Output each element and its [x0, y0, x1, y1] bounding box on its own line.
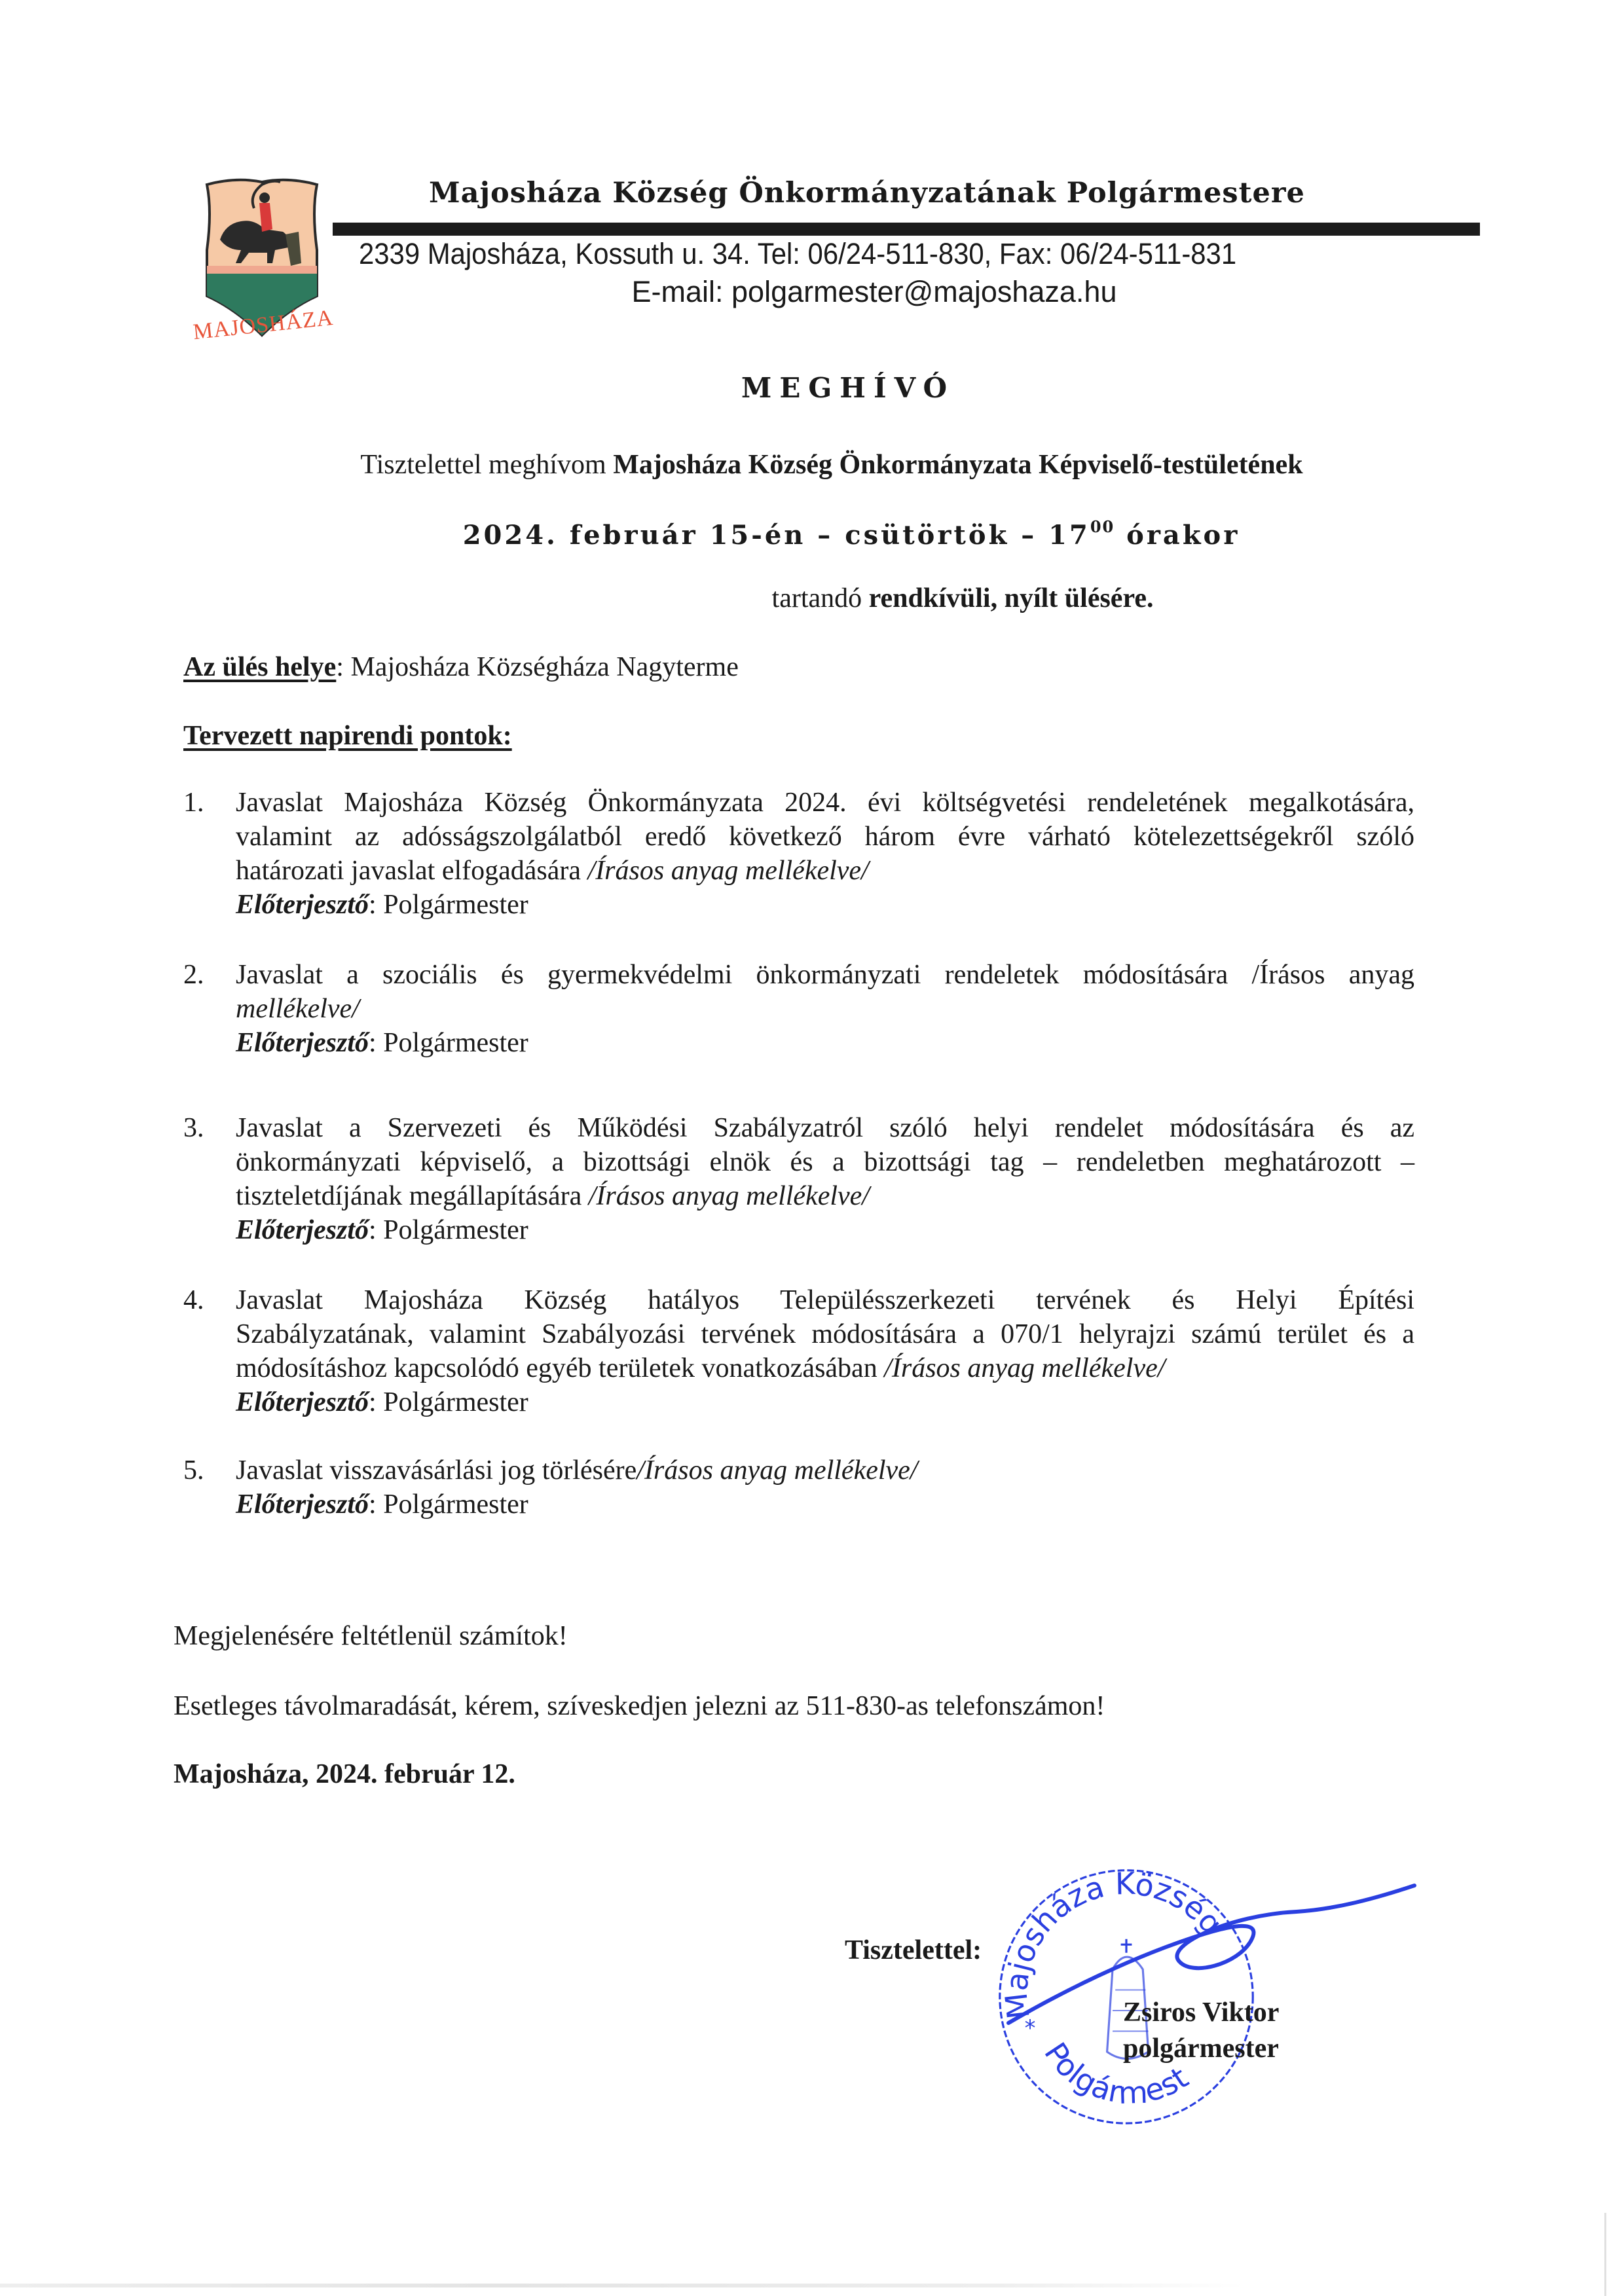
presenter-separator: :: [369, 1215, 383, 1245]
agenda-item-last-line: határozati javaslat elfogadására /Írásos…: [236, 854, 1414, 888]
agenda-item-number: 1.: [183, 786, 204, 820]
presenter-separator: :: [369, 1489, 383, 1520]
presenter-separator: :: [369, 890, 383, 920]
presenter-separator: :: [369, 1387, 383, 1417]
meeting-time-suffix: órakor: [1115, 520, 1240, 551]
agenda-item-line: önkormányzati képviselő, a bizottsági el…: [236, 1145, 1414, 1179]
presenter-label: Előterjesztő: [236, 1215, 369, 1245]
meeting-place: Az ülés helye: Majosháza Községháza Nagy…: [183, 651, 739, 683]
agenda-item-line: Javaslat Majosháza Község hatályos Telep…: [236, 1283, 1414, 1317]
meeting-place-label: Az ülés helye: [183, 652, 336, 682]
agenda-item-line: Javaslat a szociális és gyermekvédelmi ö…: [236, 958, 1414, 992]
agenda-item-last-line: Javaslat visszavásárlási jog törlésére/Í…: [236, 1453, 1414, 1487]
presenter-name: Polgármester: [383, 1387, 528, 1417]
agenda-item: 1.Javaslat Majosháza Község Önkormányzat…: [183, 786, 1414, 922]
agenda-item: 4.Javaslat Majosháza Község hatályos Tel…: [183, 1283, 1414, 1419]
agenda-item-presenter: Előterjesztő: Polgármester: [236, 1026, 1414, 1060]
scan-edge-bottom: [0, 2284, 1244, 2287]
header-divider: [333, 223, 1480, 236]
presenter-name: Polgármester: [383, 1215, 528, 1245]
agenda-item-presenter: Előterjesztő: Polgármester: [236, 1385, 1414, 1419]
presenter-label: Előterjesztő: [236, 890, 369, 920]
attachment-note: /Írásos anyag mellékelve/: [884, 1353, 1165, 1383]
invitation-intro-plain: Tisztelettel meghívom: [360, 450, 613, 480]
agenda-item-number: 4.: [183, 1283, 204, 1317]
agenda-item-text-end: Javaslat visszavásárlási jog törlésére: [236, 1455, 637, 1485]
agenda-item-text: Javaslat Majosháza Község hatályos Telep…: [236, 1283, 1414, 1419]
presenter-name: Polgármester: [383, 1028, 528, 1058]
meeting-date: 2024. február 15-én – csütörtök – 17: [463, 520, 1090, 551]
attachment-note: /Írásos anyag mellékelve/: [637, 1455, 917, 1485]
place-and-date: Majosháza, 2024. február 12.: [174, 1758, 515, 1790]
presenter-label: Előterjesztő: [236, 1489, 369, 1520]
meeting-type-plain: tartandó: [772, 583, 869, 613]
agenda-item-number: 5.: [183, 1453, 204, 1487]
agenda-item: 2.Javaslat a szociális és gyermekvédelmi…: [183, 958, 1414, 1060]
presenter-label: Előterjesztő: [236, 1387, 369, 1417]
document-page: MAJOSHÁZA Majosháza Község Önkormányzatá…: [0, 0, 1624, 2296]
agenda-item-line: Javaslat a Szervezeti és Működési Szabál…: [236, 1111, 1414, 1145]
agenda-item-text: Javaslat Majosháza Község Önkormányzata …: [236, 786, 1414, 922]
agenda-item-last-line: tiszteletdíjának megállapítására /Írásos…: [236, 1179, 1414, 1213]
attachment-note: /Írásos anyag mellékelve/: [589, 1181, 870, 1211]
agenda-item-number: 2.: [183, 958, 204, 992]
agenda-item-line: Szabályzatának, valamint Szabályozási te…: [236, 1317, 1414, 1351]
invitation-intro: Tisztelettel meghívom Majosháza Község Ö…: [0, 449, 1624, 481]
agenda-heading: Tervezett napirendi pontok:: [183, 720, 512, 752]
organization-title: Majosháza Község Önkormányzatának Polgár…: [429, 177, 1305, 210]
contact-email: E-mail: polgarmester@majoshaza.hu: [0, 275, 1624, 309]
presenter-separator: :: [369, 1028, 383, 1058]
meeting-type-bold: rendkívüli, nyílt ülésére.: [869, 583, 1154, 613]
presenter-name: Polgármester: [383, 1489, 528, 1520]
document-title: MEGHÍVÓ: [0, 372, 1624, 404]
closing-line-1: Megjelenésére feltétlenül számítok!: [174, 1620, 568, 1652]
agenda-item-last-line: mellékelve/: [236, 992, 1414, 1026]
agenda-item-text-end: határozati javaslat elfogadására: [236, 856, 588, 886]
agenda-item-presenter: Előterjesztő: Polgármester: [236, 1213, 1414, 1247]
contact-address: 2339 Majosháza, Kossuth u. 34. Tel: 06/2…: [359, 237, 1236, 271]
agenda-item: 3.Javaslat a Szervezeti és Működési Szab…: [183, 1111, 1414, 1247]
meeting-minutes: 00: [1090, 517, 1115, 536]
meeting-type: tartandó rendkívüli, nyílt ülésére.: [0, 583, 1624, 614]
presenter-label: Előterjesztő: [236, 1028, 369, 1058]
presenter-name: Polgármester: [383, 890, 528, 920]
signer-title: polgármester: [1123, 2033, 1279, 2064]
agenda-item-number: 3.: [183, 1111, 204, 1145]
attachment-note: mellékelve/: [236, 994, 360, 1024]
agenda-item-line: valamint az adósságszolgálatból eredő kö…: [236, 820, 1414, 854]
agenda-item-last-line: módosításhoz kapcsolódó egyéb területek …: [236, 1351, 1414, 1385]
agenda-item-text: Javaslat a Szervezeti és Működési Szabál…: [236, 1111, 1414, 1247]
signer-name: Zsiros Viktor: [1123, 1997, 1279, 2028]
agenda-item: 5.Javaslat visszavásárlási jog törlésére…: [183, 1453, 1414, 1522]
closing-line-2: Esetleges távolmaradását, kérem, szívesk…: [174, 1690, 1105, 1722]
meeting-datetime: 2024. február 15-én – csütörtök – 1700 ó…: [0, 517, 1624, 551]
agenda-item-text: Javaslat visszavásárlási jog törlésére/Í…: [236, 1453, 1414, 1522]
scan-edge-right: [1604, 2213, 1606, 2296]
agenda-item-line: Javaslat Majosháza Község Önkormányzata …: [236, 786, 1414, 820]
agenda-item-text-end: módosításhoz kapcsolódó egyéb területek …: [236, 1353, 884, 1383]
agenda-item-text-end: tiszteletdíjának megállapítására: [236, 1181, 589, 1211]
invitation-body-name: Majosháza Község Önkormányzata Képviselő…: [613, 450, 1302, 480]
attachment-note: /Írásos anyag mellékelve/: [588, 856, 869, 886]
agenda-item-presenter: Előterjesztő: Polgármester: [236, 888, 1414, 922]
agenda-item-presenter: Előterjesztő: Polgármester: [236, 1487, 1414, 1522]
meeting-place-value: : Majosháza Községháza Nagyterme: [336, 652, 739, 682]
agenda-item-text: Javaslat a szociális és gyermekvédelmi ö…: [236, 958, 1414, 1060]
